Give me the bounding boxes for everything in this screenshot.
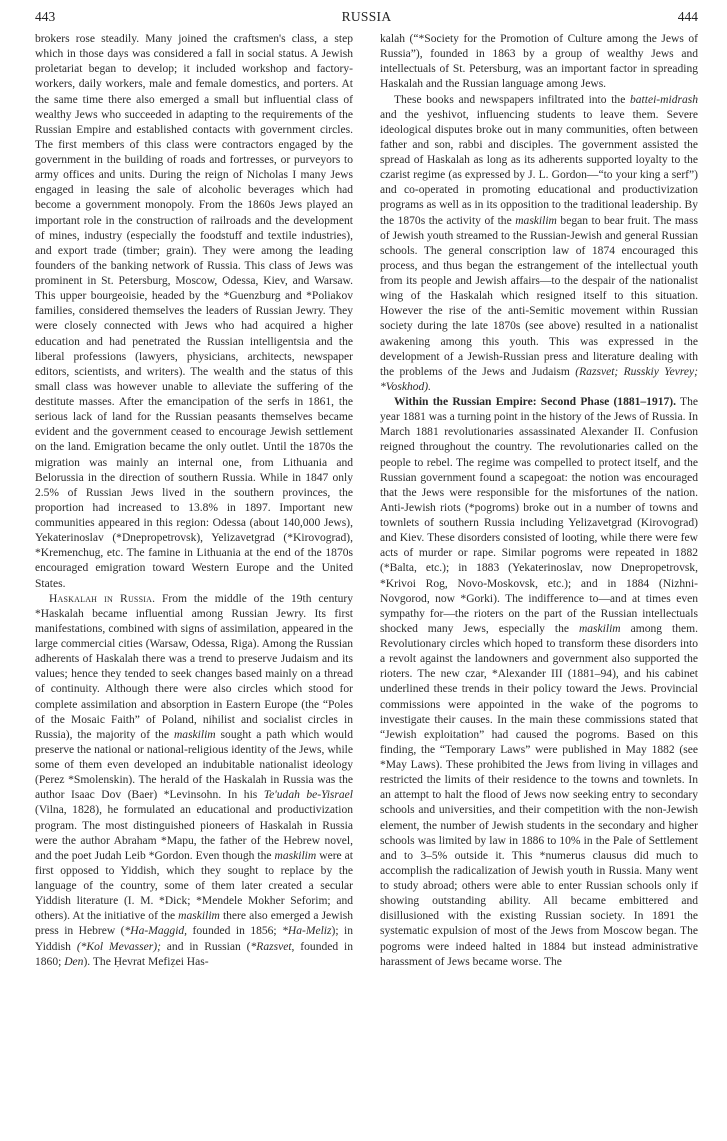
section-heading-second-phase: Within the Russian Empire: Second Phase …: [394, 396, 676, 408]
paragraph-books-newspapers: These books and newspapers infiltrated i…: [380, 93, 698, 396]
paragraph-second-phase: Within the Russian Empire: Second Phase …: [380, 395, 698, 970]
paragraph-society-promotion-culture: kalah (“*Society for the Promotion of Cu…: [380, 32, 698, 93]
section-heading-haskalah: Haskalah in Russia.: [49, 593, 155, 605]
page-header: 443 RUSSIA 444: [35, 9, 698, 29]
paragraph-haskalah: Haskalah in Russia. From the middle of t…: [35, 592, 353, 970]
right-column: kalah (“*Society for the Promotion of Cu…: [380, 32, 698, 970]
running-title: RUSSIA: [35, 9, 698, 25]
left-column: brokers rose steadily. Many joined the c…: [35, 32, 353, 970]
page-number-right: 444: [678, 9, 698, 25]
paragraph-economic-classes: brokers rose steadily. Many joined the c…: [35, 32, 353, 592]
